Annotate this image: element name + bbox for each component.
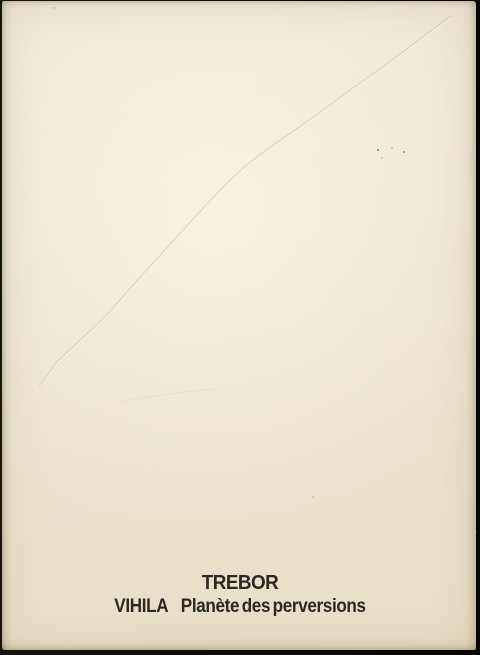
author-name: TREBOR bbox=[14, 572, 465, 595]
title-subtitle: Planète des perversions bbox=[181, 595, 366, 618]
scanned-cover: TREBOR VIHILAPlanète des perversions bbox=[0, 0, 480, 655]
title-word-vihila: VIHILA bbox=[114, 595, 168, 618]
title-block: TREBOR VIHILAPlanète des perversions bbox=[0, 572, 480, 618]
book-title: VIHILAPlanète des perversions bbox=[24, 595, 456, 618]
paper-page bbox=[2, 1, 476, 650]
